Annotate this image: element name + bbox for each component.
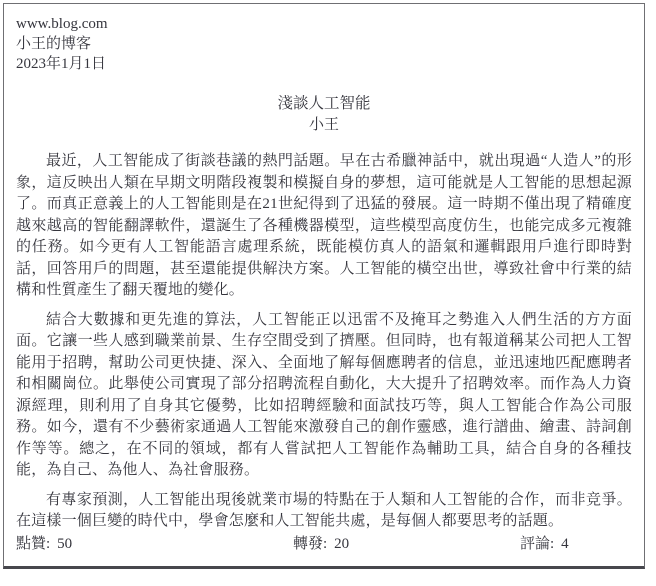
comments-count: 4 bbox=[561, 536, 569, 552]
article-paragraph: 最近，人工智能成了街談巷議的熱門話題。早在古希臘神話中，就出現過“人造人”的形象… bbox=[16, 151, 632, 302]
reposts-label: 轉發: bbox=[293, 536, 327, 552]
article-paragraph: 結合大數據和更先進的算法，人工智能正以迅雷不及掩耳之勢進入人們生活的方方面面。它… bbox=[16, 310, 632, 482]
article-author: 小王 bbox=[16, 115, 632, 135]
likes-count: 50 bbox=[57, 536, 72, 552]
article-body: 最近，人工智能成了街談巷議的熱門話題。早在古希臘神話中，就出現過“人造人”的形象… bbox=[16, 151, 632, 533]
article-title: 淺談人工智能 bbox=[16, 94, 632, 114]
article-paragraph: 有專家預測，人工智能出現後就業市場的特點在于人類和人工智能的合作，而非竞爭。在這… bbox=[16, 490, 632, 533]
reposts-count: 20 bbox=[334, 536, 349, 552]
reposts-metric[interactable]: 轉發:20 bbox=[293, 534, 520, 554]
comments-metric[interactable]: 評論:4 bbox=[520, 534, 632, 554]
engagement-bar: 點贊:50 轉發:20 評論:4 bbox=[16, 534, 632, 554]
comments-label: 評論: bbox=[520, 536, 554, 552]
blog-page: www.blog.com 小王的博客 2023年1月1日 淺談人工智能 小王 最… bbox=[3, 3, 645, 569]
likes-label: 點贊: bbox=[16, 536, 50, 552]
site-url[interactable]: www.blog.com bbox=[16, 14, 632, 34]
title-block: 淺談人工智能 小王 bbox=[16, 94, 632, 135]
blog-name: 小王的博客 bbox=[16, 34, 632, 54]
post-date: 2023年1月1日 bbox=[16, 54, 632, 74]
likes-metric[interactable]: 點贊:50 bbox=[16, 534, 293, 554]
masthead: www.blog.com 小王的博客 2023年1月1日 bbox=[16, 14, 632, 74]
